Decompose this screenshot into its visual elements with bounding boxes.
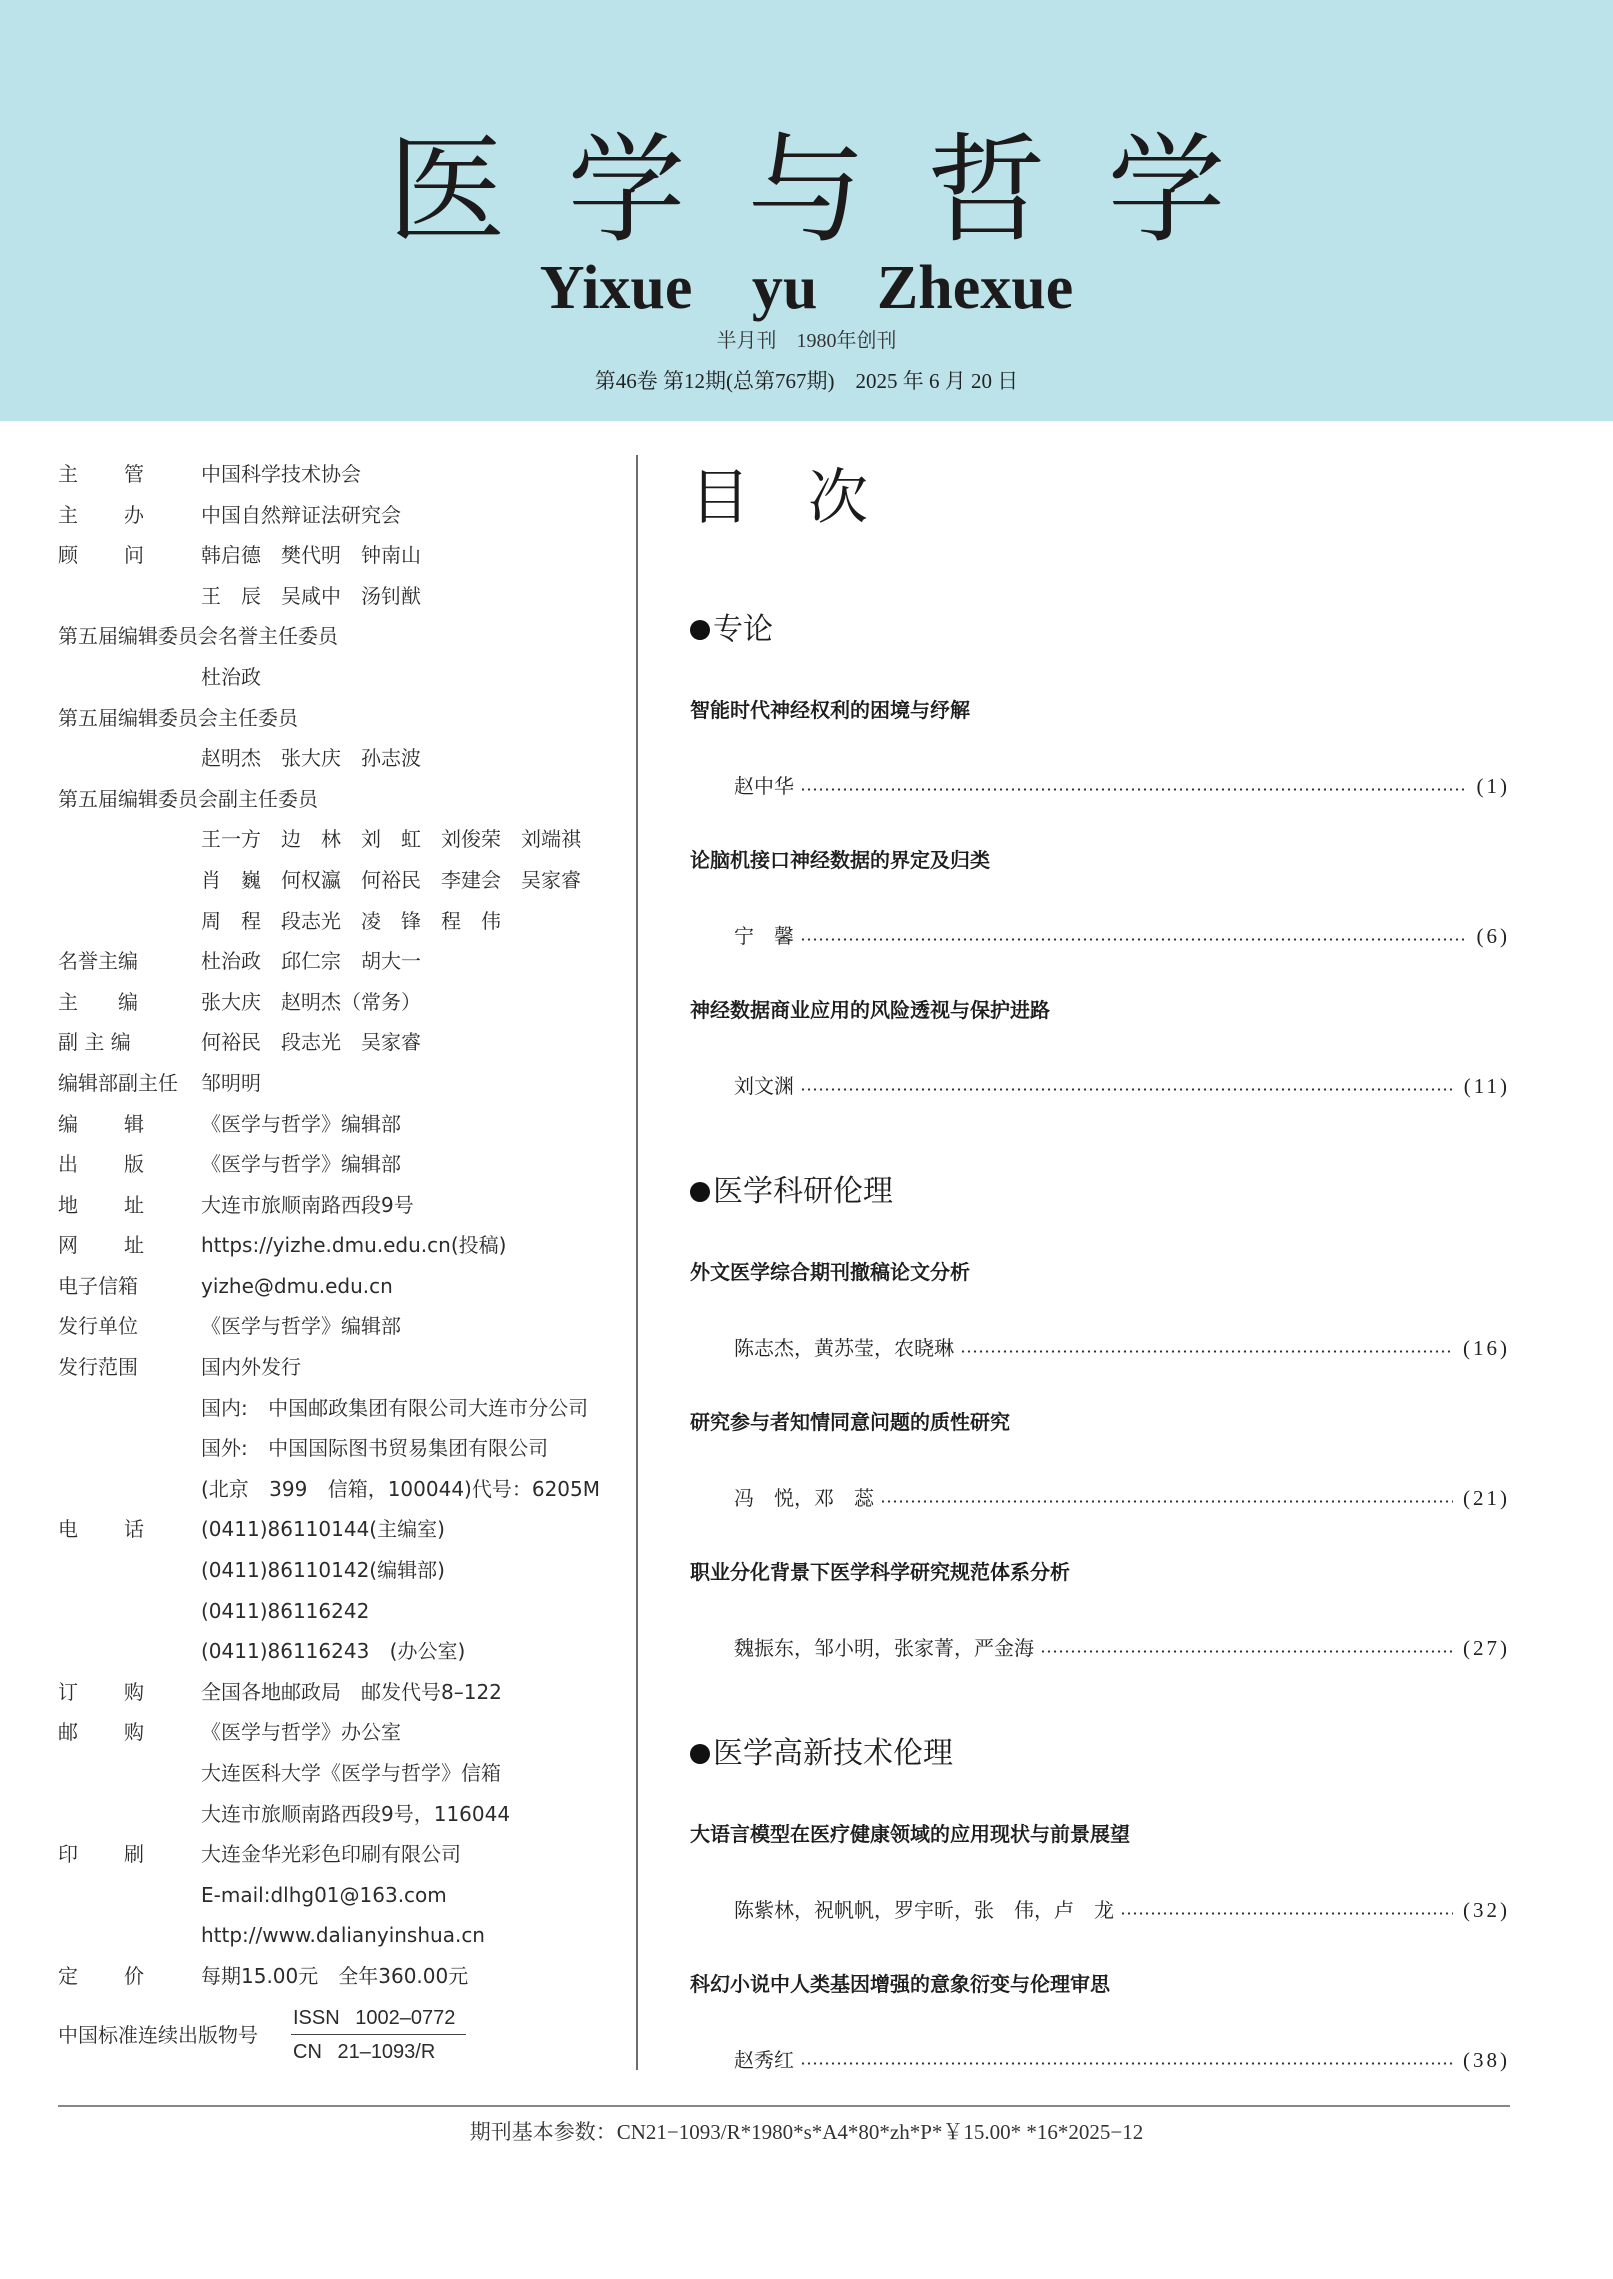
dot-leader — [960, 1350, 1453, 1353]
masthead-value: 王 辰 吴咸中 汤钊猷 — [201, 582, 421, 610]
masthead-label: 主管 — [58, 460, 190, 488]
dot-leader — [800, 1088, 1454, 1091]
bullet-icon — [690, 1744, 710, 1764]
masthead-label: 顾问 — [58, 541, 190, 569]
masthead-label: 主 编 — [58, 988, 138, 1016]
masthead-row: 肖 巍 何权瀛 何裕民 李建会 吴家睿 — [58, 866, 633, 894]
journal-header: 医学与哲学 Yixue yu Zhexue 半月刊 1980年创刊 第46卷 第… — [0, 0, 1613, 421]
masthead-value: 《医学与哲学》编辑部 — [201, 1150, 401, 1178]
toc-section-heading: 医学高新技术伦理 — [690, 1734, 1510, 1774]
dot-leader — [880, 1500, 1453, 1503]
journal-title-pinyin: Yixue yu Zhexue — [0, 252, 1613, 324]
masthead-value: 每期15.00元 全年360.00元 — [201, 1962, 468, 1990]
masthead-row: 名誉主编杜治政 邱仁宗 胡大一 — [58, 947, 633, 975]
masthead-value: 《医学与哲学》办公室 — [201, 1718, 401, 1746]
masthead-value: 何裕民 段志光 吴家睿 — [201, 1028, 421, 1056]
masthead: 主管中国科学技术协会主办中国自然辩证法研究会顾问韩启德 樊代明 钟南山王 辰 吴… — [58, 460, 633, 2067]
article-page: (6) — [1467, 922, 1511, 950]
masthead-label: 地址 — [58, 1191, 190, 1219]
masthead-row: 邮购《医学与哲学》办公室 — [58, 1718, 633, 1746]
masthead-row: 印刷大连金华光彩色印刷有限公司 — [58, 1840, 633, 1868]
masthead-row: 出版《医学与哲学》编辑部 — [58, 1150, 633, 1178]
article-page: (32) — [1453, 1896, 1510, 1924]
fraction-bar — [291, 2034, 466, 2035]
masthead-row: 发行范围国内外发行 — [58, 1353, 633, 1381]
article-page: (11) — [1454, 1072, 1510, 1100]
article-entry[interactable]: 陈紫林，祝帆帆，罗宇昕，张 伟，卢 龙(32) — [690, 1896, 1510, 1924]
masthead-value: 韩启德 樊代明 钟南山 — [201, 541, 421, 569]
article-entry[interactable]: 赵秀红(38) — [690, 2046, 1510, 2074]
dot-leader — [1120, 1912, 1453, 1915]
article-entry[interactable]: 魏振东，邹小明，张家菁，严金海(27) — [690, 1634, 1510, 1662]
toc-title: 目次 — [690, 458, 1510, 538]
article-page: (38) — [1453, 2046, 1510, 2074]
masthead-row: 国外: 中国国际图书贸易集团有限公司 — [58, 1434, 633, 1462]
article-authors: 陈志杰，黄苏莹，农晓琳 — [734, 1334, 960, 1362]
masthead-row: 编辑部副主任邹明明 — [58, 1069, 633, 1097]
article-title[interactable]: 论脑机接口神经数据的界定及归类 — [690, 846, 1510, 874]
article-authors: 冯 悦，邓 蕊 — [734, 1484, 880, 1512]
article-page: (16) — [1453, 1334, 1510, 1362]
article-title[interactable]: 科幻小说中人类基因增强的意象衍变与伦理审思 — [690, 1970, 1510, 1998]
article-authors: 宁 馨 — [734, 922, 800, 950]
masthead-label: 名誉主编 — [58, 947, 138, 975]
masthead-row: 杜治政 — [58, 663, 633, 691]
masthead-label: 第五届编辑委员会副主任委员 — [58, 787, 318, 811]
masthead-label: 第五届编辑委员会主任委员 — [58, 706, 298, 730]
masthead-row: 电子信箱yizhe@dmu.edu.cn — [58, 1272, 633, 1300]
masthead-value: 王一方 边 林 刘 虹 刘俊荣 刘端祺 — [201, 825, 581, 853]
serial-number-block: 中国标准连续出版物号ISSN 1002–0772CN 21–1093/R — [58, 2003, 633, 2067]
masthead-value: 国内: 中国邮政集团有限公司大连市分公司 — [201, 1394, 588, 1422]
dot-leader — [800, 788, 1467, 791]
masthead-value: (北京 399 信箱，100044)代号：6205M — [201, 1475, 600, 1503]
masthead-label: 电子信箱 — [58, 1272, 138, 1300]
masthead-value: 周 程 段志光 凌 锋 程 伟 — [201, 907, 501, 935]
article-title[interactable]: 外文医学综合期刊撤稿论文分析 — [690, 1258, 1510, 1286]
masthead-row: 主办中国自然辩证法研究会 — [58, 501, 633, 529]
masthead-link[interactable]: yizhe@dmu.edu.cn — [201, 1272, 393, 1300]
article-page: (21) — [1453, 1484, 1510, 1512]
masthead-value: (0411)86110142(编辑部) — [201, 1556, 445, 1584]
masthead-row: 赵明杰 张大庆 孙志波 — [58, 744, 633, 772]
masthead-label: 主办 — [58, 501, 190, 529]
publication-frequency: 半月刊 1980年创刊 — [0, 328, 1613, 354]
masthead-row: 网址https://yizhe.dmu.edu.cn(投稿) — [58, 1231, 633, 1259]
masthead-row: 发行单位《医学与哲学》编辑部 — [58, 1312, 633, 1340]
masthead-label: 订购 — [58, 1678, 190, 1706]
masthead-row: 主管中国科学技术协会 — [58, 460, 633, 488]
masthead-value: 全国各地邮政局 邮发代号8–122 — [201, 1678, 502, 1706]
masthead-link[interactable]: https://yizhe.dmu.edu.cn(投稿) — [201, 1231, 506, 1259]
dot-leader — [800, 2062, 1453, 2065]
masthead-label: 第五届编辑委员会名誉主任委员 — [58, 624, 338, 648]
issn-number: ISSN 1002–0772 — [291, 2003, 466, 2033]
masthead-value: 肖 巍 何权瀛 何裕民 李建会 吴家睿 — [201, 866, 581, 894]
masthead-label: 编辑部副主任 — [58, 1069, 178, 1097]
masthead-value: 大连医科大学《医学与哲学》信箱 — [201, 1759, 501, 1787]
masthead-row: 国内: 中国邮政集团有限公司大连市分公司 — [58, 1394, 633, 1422]
article-entry[interactable]: 宁 馨(6) — [690, 922, 1510, 950]
masthead-value: 杜治政 邱仁宗 胡大一 — [201, 947, 421, 975]
masthead-row: 第五届编辑委员会副主任委员 — [58, 785, 633, 813]
masthead-row: 王一方 边 林 刘 虹 刘俊荣 刘端祺 — [58, 825, 633, 853]
masthead-value: 大连市旅顺南路西段9号 — [201, 1191, 414, 1219]
masthead-row: (北京 399 信箱，100044)代号：6205M — [58, 1475, 633, 1503]
bullet-icon — [690, 1182, 710, 1202]
toc-section-heading: 医学科研伦理 — [690, 1172, 1510, 1212]
masthead-row: 顾问韩启德 樊代明 钟南山 — [58, 541, 633, 569]
masthead-link[interactable]: E-mail:dlhg01@163.com — [201, 1881, 447, 1909]
masthead-row: E-mail:dlhg01@163.com — [58, 1881, 633, 1909]
masthead-value: 中国自然辩证法研究会 — [201, 501, 401, 529]
masthead-value: 杜治政 — [201, 663, 261, 691]
serial-fraction: ISSN 1002–0772CN 21–1093/R — [291, 2003, 466, 2067]
masthead-row: 编辑《医学与哲学》编辑部 — [58, 1110, 633, 1138]
article-title[interactable]: 大语言模型在医疗健康领域的应用现状与前景展望 — [690, 1820, 1510, 1848]
journal-title-chinese: 医学与哲学 — [0, 120, 1613, 260]
masthead-value: 中国科学技术协会 — [201, 460, 361, 488]
masthead-row: 王 辰 吴咸中 汤钊猷 — [58, 582, 633, 610]
masthead-label: 定价 — [58, 1962, 190, 1990]
serial-label: 中国标准连续出版物号 — [58, 2021, 258, 2049]
masthead-label: 副 主 编 — [58, 1028, 131, 1056]
masthead-value: 国外: 中国国际图书贸易集团有限公司 — [201, 1434, 548, 1462]
journal-parameters: 期刊基本参数：CN21−1093/R*1980*s*A4*80*zh*P*￥15… — [0, 2118, 1613, 2146]
article-authors: 赵秀红 — [734, 2046, 800, 2074]
column-divider — [636, 455, 638, 2070]
masthead-row: (0411)86116243 (办公室) — [58, 1637, 633, 1665]
masthead-label: 印刷 — [58, 1840, 190, 1868]
section-name: 医学科研伦理 — [713, 1172, 893, 1212]
dot-leader — [1040, 1650, 1453, 1653]
masthead-row: 第五届编辑委员会名誉主任委员 — [58, 622, 633, 650]
issue-info: 第46卷 第12期(总第767期) 2025 年 6 月 20 日 — [0, 367, 1613, 395]
masthead-value: 大连市旅顺南路西段9号，116044 — [201, 1800, 510, 1828]
masthead-row: 主 编张大庆 赵明杰（常务） — [58, 988, 633, 1016]
masthead-label: 发行范围 — [58, 1353, 138, 1381]
article-page: (27) — [1453, 1634, 1510, 1662]
toc-section-heading: 专论 — [690, 610, 1510, 650]
masthead-label: 编辑 — [58, 1110, 190, 1138]
masthead-row: 周 程 段志光 凌 锋 程 伟 — [58, 907, 633, 935]
masthead-value: 国内外发行 — [201, 1353, 301, 1381]
table-of-contents: 目次 专论智能时代神经权利的困境与纾解赵中华(1)论脑机接口神经数据的界定及归类… — [690, 455, 1510, 2074]
masthead-value: 大连金华光彩色印刷有限公司 — [201, 1840, 461, 1868]
masthead-value: 《医学与哲学》编辑部 — [201, 1312, 401, 1340]
masthead-row: 大连医科大学《医学与哲学》信箱 — [58, 1759, 633, 1787]
masthead-label: 邮购 — [58, 1718, 190, 1746]
article-authors: 魏振东，邹小明，张家菁，严金海 — [734, 1634, 1040, 1662]
article-entry[interactable]: 赵中华(1) — [690, 772, 1510, 800]
article-entry[interactable]: 陈志杰，黄苏莹，农晓琳(16) — [690, 1334, 1510, 1362]
masthead-row: (0411)86110142(编辑部) — [58, 1556, 633, 1584]
masthead-row: 第五届编辑委员会主任委员 — [58, 704, 633, 732]
masthead-row: 大连市旅顺南路西段9号，116044 — [58, 1800, 633, 1828]
bullet-icon — [690, 620, 710, 640]
masthead-row: 地址大连市旅顺南路西段9号 — [58, 1191, 633, 1219]
article-title[interactable]: 智能时代神经权利的困境与纾解 — [690, 696, 1510, 724]
masthead-label: 网址 — [58, 1231, 190, 1259]
masthead-row: 定价每期15.00元 全年360.00元 — [58, 1962, 633, 1990]
masthead-row: 副 主 编何裕民 段志光 吴家睿 — [58, 1028, 633, 1056]
masthead-value: 《医学与哲学》编辑部 — [201, 1110, 401, 1138]
masthead-value: 张大庆 赵明杰（常务） — [201, 988, 421, 1016]
article-title[interactable]: 职业分化背景下医学科学研究规范体系分析 — [690, 1558, 1510, 1586]
article-authors: 赵中华 — [734, 772, 800, 800]
masthead-value: 邹明明 — [201, 1069, 261, 1097]
masthead-label: 出版 — [58, 1150, 190, 1178]
article-authors: 陈紫林，祝帆帆，罗宇昕，张 伟，卢 龙 — [734, 1896, 1120, 1924]
section-name: 专论 — [713, 610, 773, 650]
masthead-row: 电话(0411)86110144(主编室) — [58, 1515, 633, 1543]
masthead-value: (0411)86110144(主编室) — [201, 1515, 445, 1543]
article-entry[interactable]: 冯 悦，邓 蕊(21) — [690, 1484, 1510, 1512]
masthead-link[interactable]: http://www.dalianyinshua.cn — [201, 1921, 485, 1949]
masthead-value: (0411)86116242 — [201, 1597, 369, 1625]
masthead-row: http://www.dalianyinshua.cn — [58, 1921, 633, 1949]
masthead-value: 赵明杰 张大庆 孙志波 — [201, 744, 421, 772]
article-authors: 刘文渊 — [734, 1072, 800, 1100]
footer-divider — [58, 2105, 1510, 2107]
article-page: (1) — [1467, 772, 1511, 800]
masthead-label: 电话 — [58, 1515, 190, 1543]
cn-number: CN 21–1093/R — [291, 2037, 466, 2067]
article-entry[interactable]: 刘文渊(11) — [690, 1072, 1510, 1100]
dot-leader — [800, 938, 1467, 941]
masthead-row: 订购全国各地邮政局 邮发代号8–122 — [58, 1678, 633, 1706]
article-title[interactable]: 研究参与者知情同意问题的质性研究 — [690, 1408, 1510, 1436]
masthead-value: (0411)86116243 (办公室) — [201, 1637, 465, 1665]
section-name: 医学高新技术伦理 — [713, 1734, 953, 1774]
masthead-label: 发行单位 — [58, 1312, 138, 1340]
masthead-row: (0411)86116242 — [58, 1597, 633, 1625]
article-title[interactable]: 神经数据商业应用的风险透视与保护进路 — [690, 996, 1510, 1024]
